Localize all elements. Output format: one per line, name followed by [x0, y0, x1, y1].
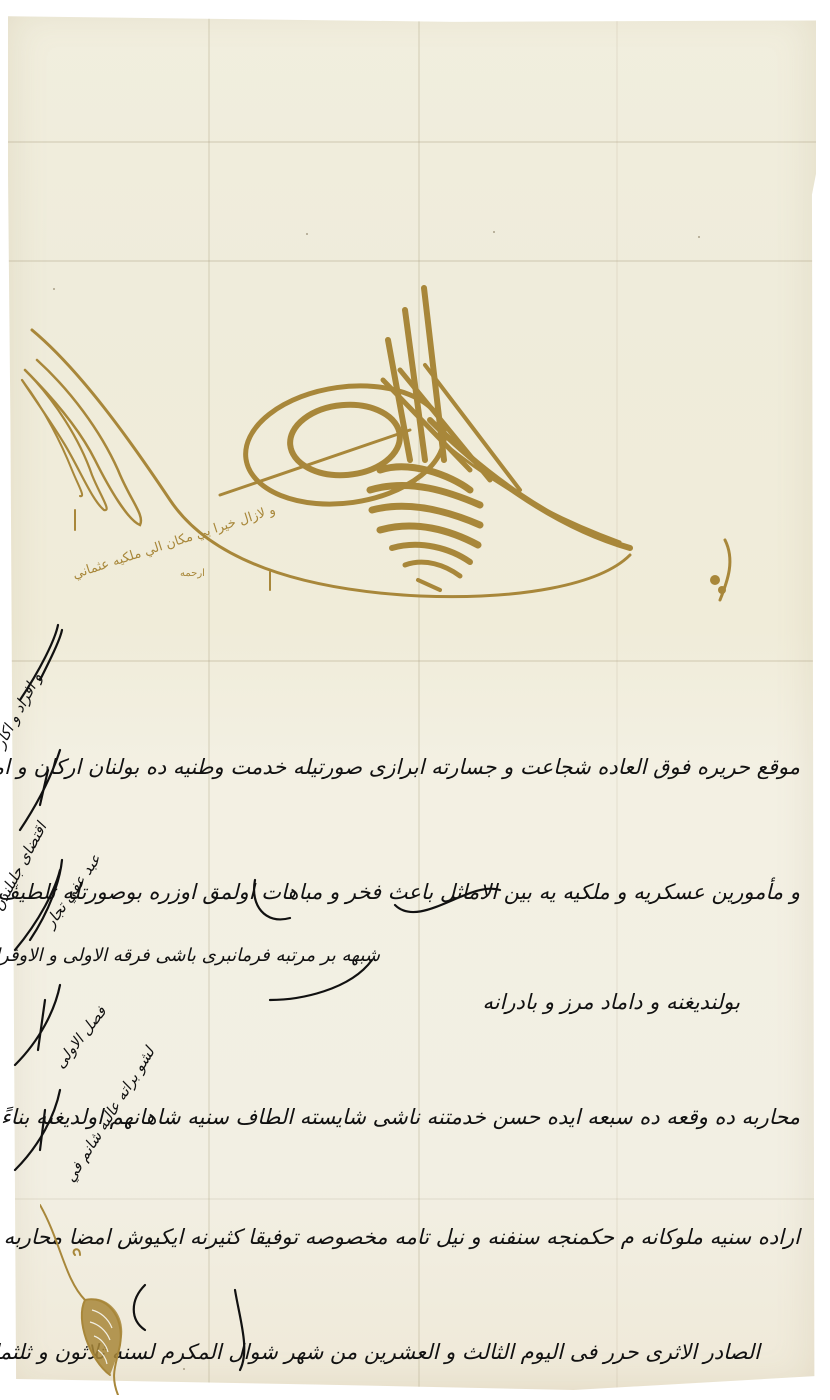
- fold-line-vertical: [418, 8, 420, 1390]
- decree-text-line-2: و مأمورين عسكريه و ملكيه يه بين الاماثل …: [30, 880, 800, 904]
- fold-line-vertical: [616, 8, 618, 1390]
- tughra-monogram: [0, 250, 830, 630]
- pence-signature-mark: [40, 1200, 160, 1395]
- decree-text-line-3-continued: شبهه بر مرتبه فرمانبرى باشى فرقه الاولى …: [0, 945, 380, 966]
- fold-line-vertical: [208, 8, 210, 1390]
- fold-line-horizontal: [8, 660, 816, 662]
- decree-text-line-4: محاربه ده وقعه ده سبعه ايده حسن خدمتنه ن…: [30, 1105, 800, 1129]
- decree-date-line: الصادر الاثرى حرر فى اليوم الثالث و العش…: [160, 1340, 760, 1364]
- fold-line-horizontal: [8, 141, 816, 143]
- decree-text-line-1: موقع حريره فوق العاده شجاعت و جسارته ابر…: [30, 755, 800, 779]
- decree-text-line-3: بولنديغنه و داماد مرز و بادرانه: [40, 990, 740, 1014]
- document-paper: [8, 8, 816, 1390]
- tughra-gold-small-inscription: ارحمه: [180, 568, 205, 579]
